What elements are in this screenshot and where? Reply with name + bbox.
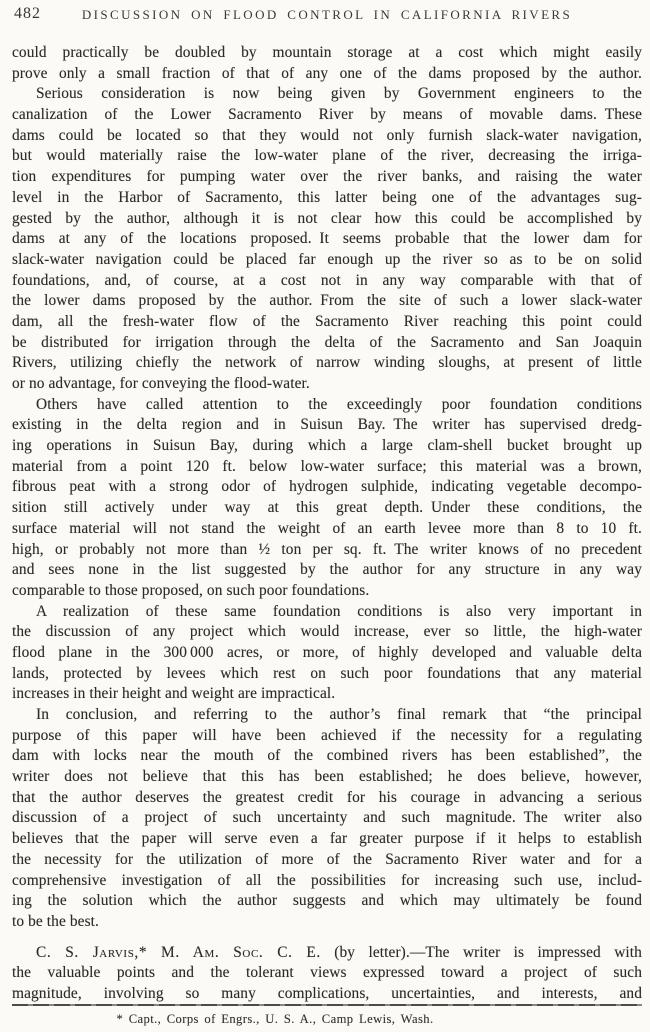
text-line: purpose of this paper will have been ach… — [12, 726, 642, 747]
footnote-separator-rule — [12, 1004, 642, 1006]
text-line: Serious consideration is now being given… — [12, 84, 642, 105]
paragraph: In conclusion, and referring to the auth… — [12, 705, 642, 933]
text-line: comparable to those proposed, on such po… — [12, 581, 642, 602]
paragraph: A realization of these same foundation c… — [12, 602, 642, 705]
text-segment: (by letter).—The writer is impressed wit… — [321, 944, 642, 961]
text-line: be distributed for irrigation through th… — [12, 333, 642, 354]
text-line: slack-water navigation could be placed f… — [12, 250, 642, 271]
text-line: level in the Harbor of Sacramento, this … — [12, 188, 642, 209]
text-line: comprehensive investigation of all the p… — [12, 871, 642, 892]
text-line: material from a point 120 ft. below low-… — [12, 457, 642, 478]
footnote: * Capt., Corps of Engrs., U. S. A., Camp… — [12, 1004, 642, 1027]
text-line: increases in their height and weight are… — [12, 684, 642, 705]
text-line: that the author deserves the greatest cr… — [12, 788, 642, 809]
text-block: could practically be doubled by mountain… — [12, 43, 642, 1005]
paragraph: Others have called attention to the exce… — [12, 395, 642, 602]
text-line: Rivers, utilizing chiefly the network of… — [12, 353, 642, 374]
text-line: writer does not believe that this has be… — [12, 767, 642, 788]
text-line: lands, protected by levees which rest on… — [12, 664, 642, 685]
text-line: dam, all the fresh-water flow of the Sac… — [12, 312, 642, 333]
text-line: flood plane in the 300 000 acres, or mor… — [12, 643, 642, 664]
document-page: 482 DISCUSSION ON FLOOD CONTROL IN CALIF… — [0, 0, 650, 1032]
text-line: dams could be located so that they would… — [12, 126, 642, 147]
text-line: gested by the author, although it is not… — [12, 209, 642, 230]
text-line: believes that the paper will serve even … — [12, 829, 642, 850]
text-line: existing in the delta region and in Suis… — [12, 415, 642, 436]
text-line: the necessity for the utilization of mor… — [12, 850, 642, 871]
text-line: prove only a small fraction of that of a… — [12, 64, 642, 85]
text-line: to be the best. — [12, 912, 642, 933]
text-line: discussion of a project of such uncertai… — [12, 808, 642, 829]
paragraph: Serious consideration is now being given… — [12, 84, 642, 394]
text-line: but would materially raise the low-water… — [12, 146, 642, 167]
running-header-title: DISCUSSION ON FLOOD CONTROL IN CALIFORNI… — [12, 5, 642, 23]
text-line: A realization of these same foundation c… — [12, 602, 642, 623]
text-line: foundations, and, of course, at a cost n… — [12, 271, 642, 292]
text-line: the discussion of any project which woul… — [12, 622, 642, 643]
page-number: 482 — [14, 5, 41, 23]
text-line: high, or probably not more than ½ ton pe… — [12, 540, 642, 561]
running-header: 482 DISCUSSION ON FLOOD CONTROL IN CALIF… — [12, 5, 642, 29]
text-line: C. S. Jarvis,* M. Am. Soc. C. E. (by let… — [12, 943, 642, 964]
text-line: magnitude, involving so many complicatio… — [12, 984, 642, 1005]
text-line: the lower dams proposed by the author. F… — [12, 291, 642, 312]
text-line: sition still actively under way at this … — [12, 498, 642, 519]
text-line: could practically be doubled by mountain… — [12, 43, 642, 64]
text-line: or no advantage, for conveying the flood… — [12, 374, 642, 395]
text-line: dams at any of the locations proposed. I… — [12, 229, 642, 250]
text-line: fibrous peat with a strong odor of hydro… — [12, 477, 642, 498]
text-line: ing the solution which the author sugges… — [12, 891, 642, 912]
text-line: In conclusion, and referring to the auth… — [12, 705, 642, 726]
text-line: ing operations in Suisun Bay, during whi… — [12, 436, 642, 457]
text-line: tion expenditures for pumping water over… — [12, 167, 642, 188]
speaker-name: C. S. Jarvis,* M. Am. Soc. C. E. — [36, 944, 321, 961]
text-line: surface material will not stand the weig… — [12, 519, 642, 540]
text-line: the valuable points and the tolerant vie… — [12, 963, 642, 984]
paragraph: could practically be doubled by mountain… — [12, 43, 642, 84]
text-line: and sees none in the list suggested by t… — [12, 560, 642, 581]
paragraph: C. S. Jarvis,* M. Am. Soc. C. E. (by let… — [12, 943, 642, 1005]
text-line: dam with locks near the mouth of the com… — [12, 746, 642, 767]
text-line: canalization of the Lower Sacramento Riv… — [12, 105, 642, 126]
text-line: Others have called attention to the exce… — [12, 395, 642, 416]
footnote-text: * Capt., Corps of Engrs., U. S. A., Camp… — [12, 1012, 642, 1027]
